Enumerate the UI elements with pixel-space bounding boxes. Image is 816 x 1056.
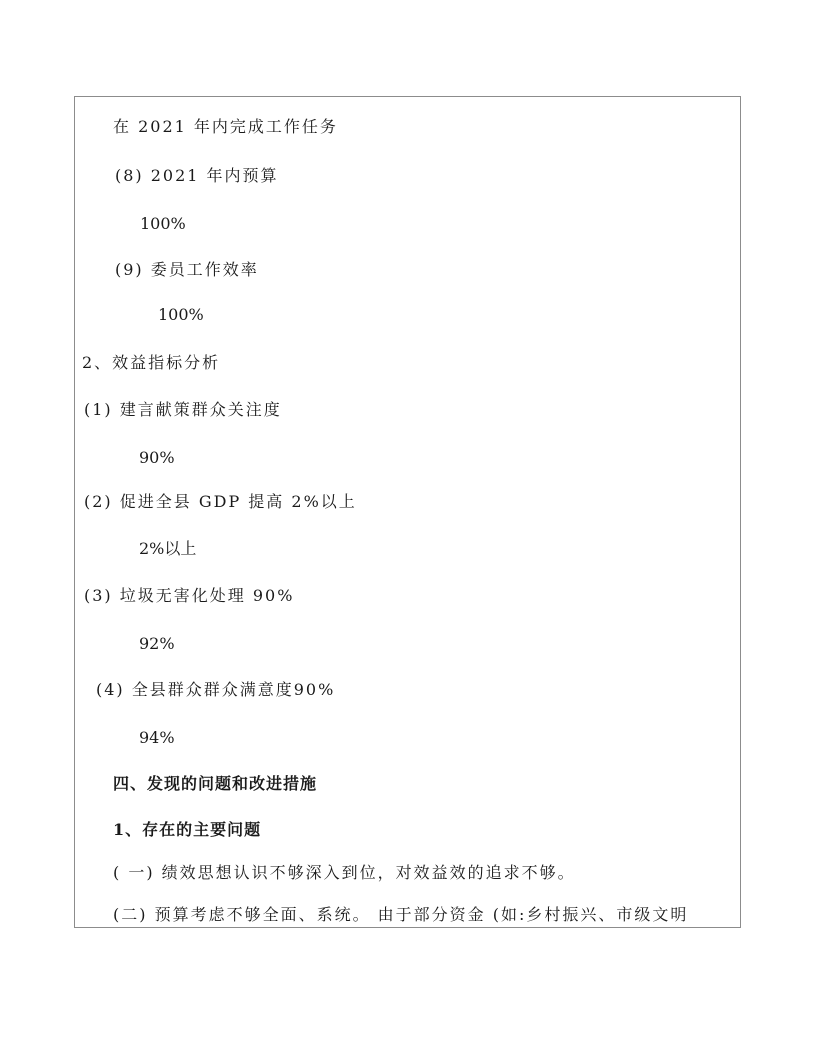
benefit-3-label: (3) 垃圾无害化处理 90% [84, 586, 294, 606]
benefit-1-value: 90% [139, 448, 175, 468]
benefit-4-value: 94% [139, 728, 175, 748]
benefit-4-label: (4) 全县群众群众满意度90% [96, 680, 335, 700]
benefit-1-label: (1) 建言献策群众关注度 [84, 400, 282, 420]
item-9-value: 100% [158, 305, 204, 325]
problem-2-text: (二) 预算考虑不够全面、系统。 由于部分资金 (如:乡村振兴、市级文明 [113, 905, 688, 925]
problem-1-text: ( 一) 绩效思想认识不够深入到位，对效益效的追求不够。 [113, 863, 576, 883]
main-problems-subheading: 1、存在的主要问题 [113, 820, 261, 840]
item-9-label: (9) 委员工作效率 [115, 260, 259, 280]
section-2-heading: 2、效益指标分析 [82, 353, 220, 373]
item-8-label: (8) 2021 年内预算 [115, 166, 279, 186]
task-complete-text: 在 2021 年内完成工作任务 [113, 117, 338, 137]
section-four-heading: 四、发现的问题和改进措施 [113, 774, 317, 794]
benefit-2-label: (2) 促进全县 GDP 提高 2%以上 [84, 492, 357, 512]
benefit-2-value: 2%以上 [139, 539, 196, 559]
item-8-value: 100% [140, 214, 186, 234]
benefit-3-value: 92% [139, 634, 175, 654]
